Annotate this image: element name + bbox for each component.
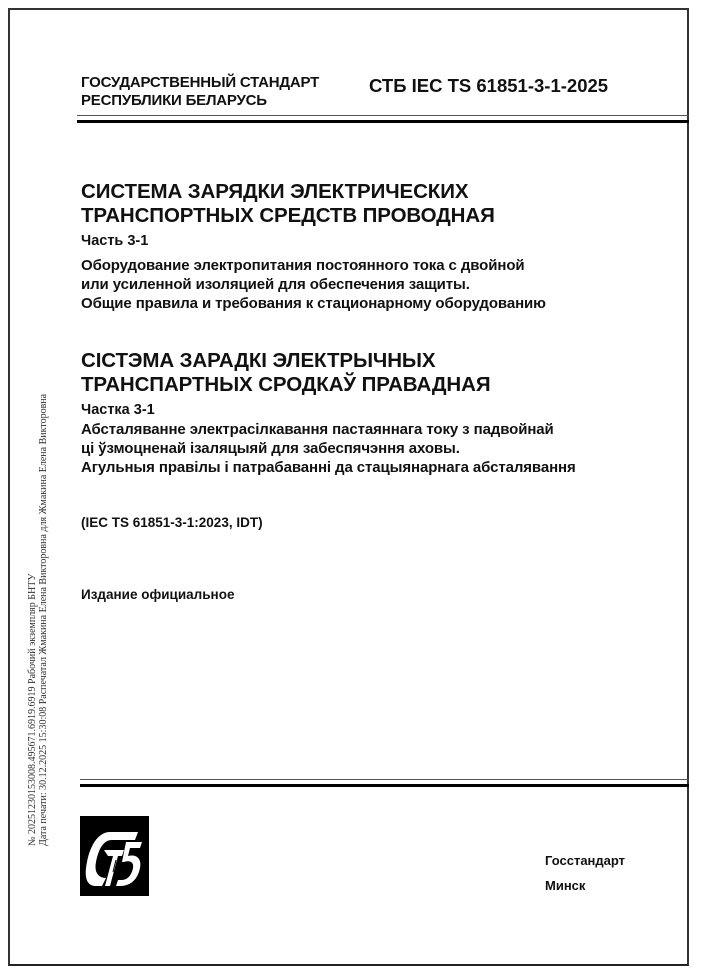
- by-title-line-2: ТРАНСПАРТНЫХ СРОДКАЎ ПРАВАДНАЯ: [81, 373, 490, 396]
- header-rule-thick: [77, 120, 689, 123]
- standard-designation: СТБ IEC TS 61851-3-1-2025: [369, 75, 608, 97]
- by-subtitle-line-1: Абсталяванне электрасілкавання пастаянна…: [81, 420, 554, 439]
- ru-subtitle-line-2: или усиленной изоляцией для обеспечения …: [81, 275, 470, 294]
- ru-title-line-1: СИСТЕМА ЗАРЯДКИ ЭЛЕКТРИЧЕСКИХ: [81, 180, 468, 203]
- footer-rule-thin: [80, 779, 689, 780]
- by-subtitle-line-3: Агульныя правілы і патрабаванні да стацы…: [81, 458, 576, 477]
- ru-part: Часть 3-1: [81, 232, 148, 250]
- issuer-block: ГОСУДАРСТВЕННЫЙ СТАНДАРТ РЕСПУБЛИКИ БЕЛА…: [81, 74, 319, 110]
- side-watermark-line-1: № 20251230153008.495671.6919.6919 Рабочи…: [27, 574, 38, 846]
- equivalence-note: (IEC TS 61851-3-1:2023, IDT): [81, 515, 263, 531]
- issuer-line-2: РЕСПУБЛИКИ БЕЛАРУСЬ: [81, 92, 319, 110]
- header-rule-thin: [77, 115, 689, 116]
- side-watermark-line-2: Дата печати: 30.12.2025 15:30:08 Распеча…: [38, 394, 49, 846]
- ru-subtitle-line-3: Общие правила и требования к стационарно…: [81, 294, 546, 313]
- publisher-name: Госстандарт: [545, 853, 625, 869]
- by-title-line-1: СІСТЭМА ЗАРАДКІ ЭЛЕКТРЫЧНЫХ: [81, 349, 435, 372]
- edition-note: Издание официальное: [81, 587, 234, 603]
- by-subtitle-line-2: ці ўзмоцненай ізаляцыяй для забеспячэння…: [81, 439, 460, 458]
- by-part: Частка 3-1: [81, 401, 155, 419]
- publisher-city: Минск: [545, 878, 585, 894]
- issuer-line-1: ГОСУДАРСТВЕННЫЙ СТАНДАРТ: [81, 74, 319, 92]
- stb-logo-icon: [80, 816, 149, 896]
- ru-subtitle-line-1: Оборудование электропитания постоянного …: [81, 256, 525, 275]
- ru-title-line-2: ТРАНСПОРТНЫХ СРЕДСТВ ПРОВОДНАЯ: [81, 204, 495, 227]
- footer-rule-thick: [80, 784, 689, 787]
